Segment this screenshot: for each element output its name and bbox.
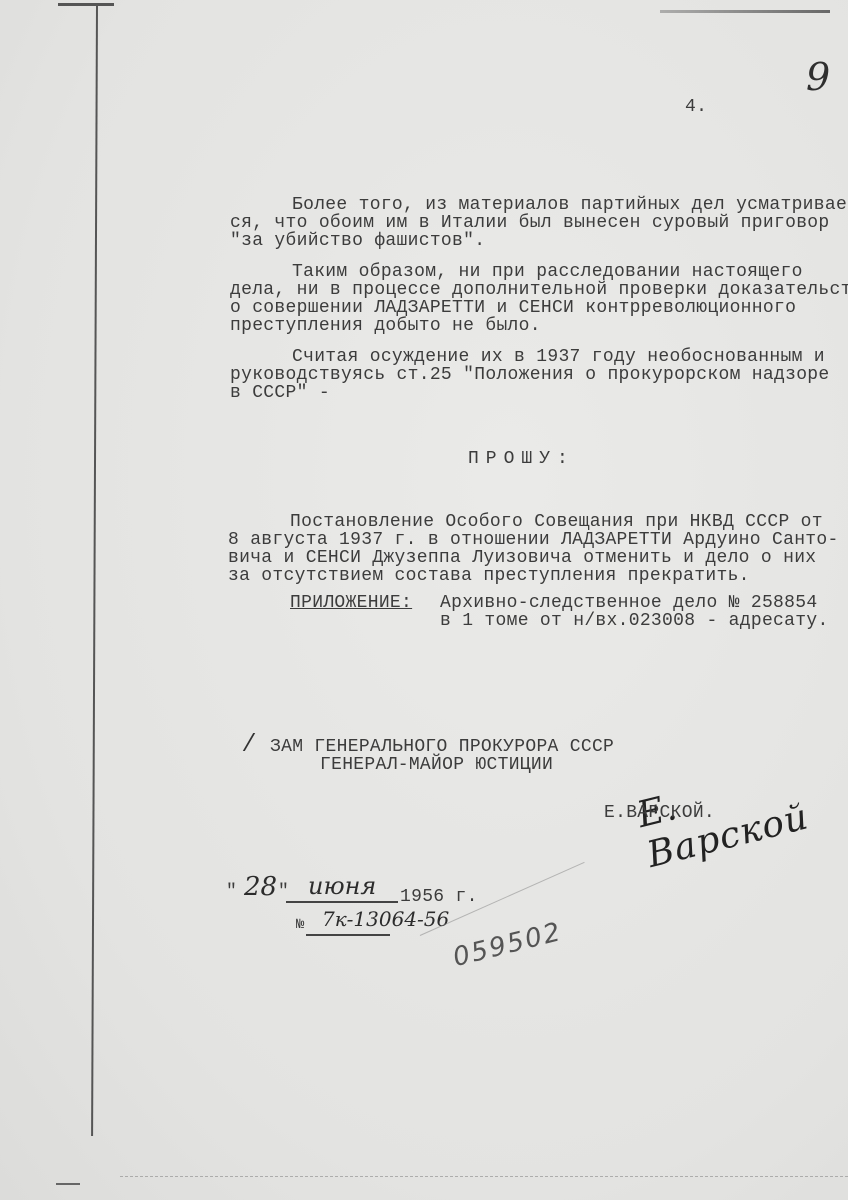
paragraph-1-line-3: "за убийство фашистов".	[230, 232, 485, 250]
margin-line-bottom	[56, 1183, 80, 1185]
appendix-line-2: в 1 томе от н/вх.023008 - адресату.	[440, 612, 829, 630]
handwritten-page-number: 9	[806, 55, 830, 99]
paragraph-2-line-1: Таким образом, ни при расследовании наст…	[292, 263, 803, 281]
date-month-handwritten: июня	[308, 872, 376, 900]
signatory-name: Е.ВАРСКОЙ.	[604, 804, 715, 822]
request-line-2: 8 августа 1937 г. в отношении ЛАДЗАРЕТТИ…	[228, 531, 839, 549]
reference-underline	[306, 934, 390, 936]
paragraph-3-line-3: в СССР" -	[230, 384, 330, 402]
page-number: 4.	[685, 98, 707, 116]
document-page: 4. 9 Более того, из материалов партийных…	[0, 0, 848, 1200]
date-day-handwritten: 28	[244, 872, 277, 902]
request-line-3: вича и СЕНСИ Джузеппа Луизовича отменить…	[228, 549, 816, 567]
paragraph-3-line-2: руководствуясь ст.25 "Положения о прокур…	[230, 366, 830, 384]
scan-edge	[660, 10, 830, 13]
margin-line-top	[58, 3, 114, 6]
paragraph-2-line-3: о совершении ЛАДЗАРЕТТИ и СЕНСИ контррев…	[230, 299, 796, 317]
request-line-4: за отсутствием состава преступления прек…	[228, 567, 750, 585]
margin-line	[91, 6, 98, 1136]
date-underline	[286, 901, 398, 903]
paragraph-2-line-4: преступления добыто не было.	[230, 317, 541, 335]
paragraph-2-line-2: дела, ни в процессе дополнительной прове…	[230, 281, 848, 299]
paragraph-3-line-1: Считая осуждение их в 1937 году необосно…	[292, 348, 825, 366]
paragraph-1-line-2: ся, что обоим им в Италии был вынесен су…	[230, 214, 830, 232]
reference-number-handwritten: 7к-13064-56	[322, 907, 449, 931]
check-mark	[243, 733, 269, 751]
date-open-quote: "	[226, 883, 237, 901]
paragraph-1-line-1: Более того, из материалов партийных дел …	[292, 196, 848, 214]
appendix-line-1: Архивно-следственное дело № 258854	[440, 594, 817, 612]
stamp-number: 059502	[450, 917, 565, 973]
signatory-title-line-2: ГЕНЕРАЛ-МАЙОР ЮСТИЦИИ	[320, 756, 553, 774]
reference-number-sign: №	[296, 916, 305, 934]
date-close-quote: "	[278, 883, 289, 901]
bottom-edge	[120, 1176, 848, 1178]
request-line-1: Постановление Особого Совещания при НКВД…	[290, 513, 823, 531]
date-year: 1956 г.	[400, 888, 478, 906]
signatory-title-line-1: ЗАМ ГЕНЕРАЛЬНОГО ПРОКУРОРА СССР	[270, 738, 614, 756]
appendix-label: ПРИЛОЖЕНИЕ:	[290, 594, 412, 612]
request-heading: ПРОШУ:	[468, 450, 575, 468]
